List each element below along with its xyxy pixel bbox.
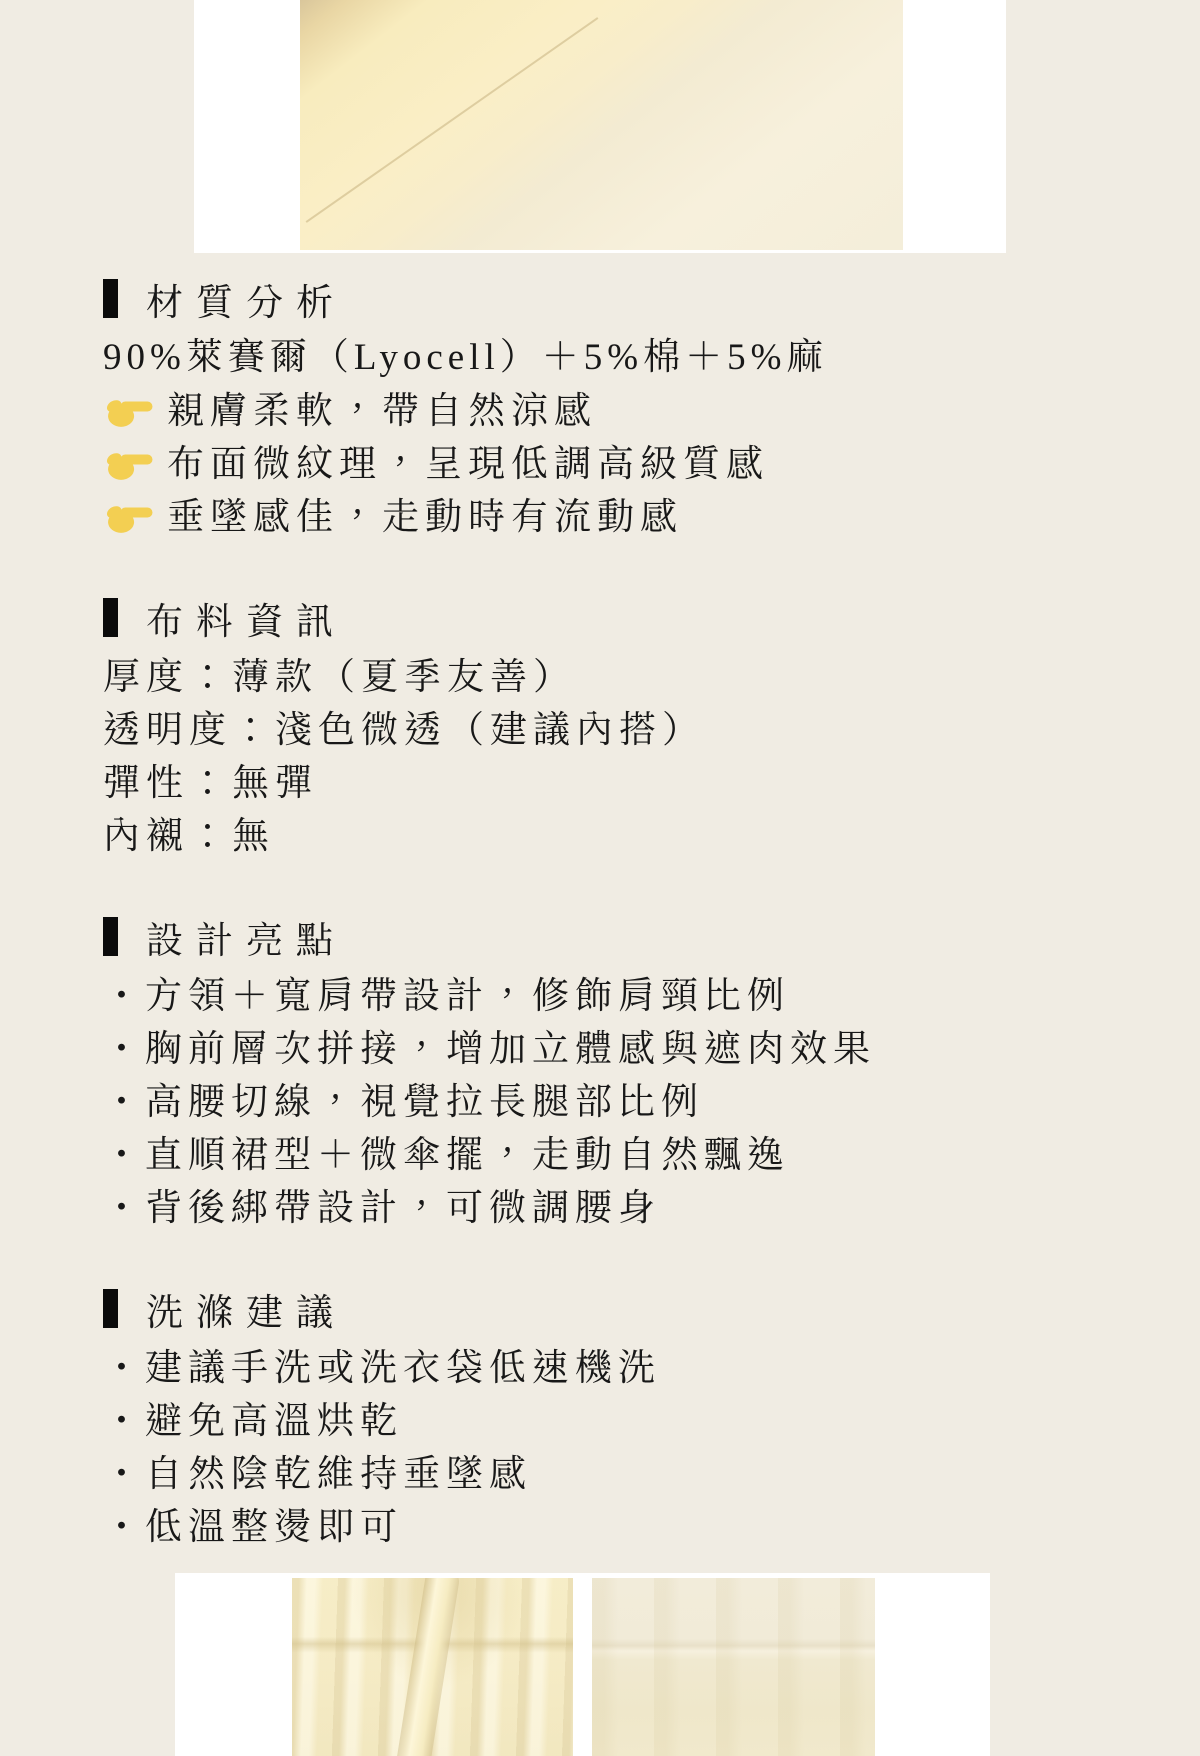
product-description-page: { "page": { "language": "zh-Hant", "back…	[0, 0, 1200, 1756]
spec-line: 厚度：薄款（夏季友善）	[103, 650, 1103, 703]
bottom-photo-card	[175, 1573, 990, 1756]
bullet-dot: ・	[103, 1394, 145, 1447]
care-line: ・ 自然陰乾維持垂墜感	[103, 1447, 1103, 1500]
section-title-text: 材質分析	[146, 272, 346, 326]
spec-text: 厚度：薄款（夏季友善）	[103, 650, 576, 703]
feature-text: 布面微紋理，呈現低調高級質感	[167, 437, 769, 490]
feature-line: 垂墜感佳，走動時有流動感	[103, 490, 1103, 543]
description-text-block: 材質分析 90%萊賽爾（Lyocell）＋5%棉＋5%麻 親膚柔軟，帶自然涼感 …	[103, 272, 1103, 1553]
section-title: 布料資訊	[103, 591, 1103, 644]
section-marker-icon	[103, 598, 118, 637]
section-design-highlights: 設計亮點 ・ 方領＋寬肩帶設計，修飾肩頸比例 ・ 胸前層次拼接，增加立體感與遮肉…	[103, 910, 1103, 1234]
section-marker-icon	[103, 917, 118, 956]
section-title: 洗滌建議	[103, 1282, 1103, 1335]
bullet-dot: ・	[103, 1341, 145, 1394]
care-text: 建議手洗或洗衣袋低速機洗	[145, 1341, 661, 1394]
section-title-text: 洗滌建議	[146, 1282, 346, 1336]
section-material-analysis: 材質分析 90%萊賽爾（Lyocell）＋5%棉＋5%麻 親膚柔軟，帶自然涼感 …	[103, 272, 1103, 543]
section-title: 設計亮點	[103, 910, 1103, 963]
feature-line: 親膚柔軟，帶自然涼感	[103, 384, 1103, 437]
skirt-seam-detail-photo	[592, 1578, 875, 1756]
bullet-dot: ・	[103, 1022, 145, 1075]
composition-line: 90%萊賽爾（Lyocell）＋5%棉＋5%麻	[103, 331, 1103, 384]
section-marker-icon	[103, 279, 118, 318]
section-title-text: 設計亮點	[146, 910, 346, 964]
pointing-right-hand-icon	[105, 393, 154, 430]
section-title-text: 布料資訊	[146, 591, 346, 645]
pointing-right-hand-icon	[105, 446, 154, 483]
pointing-right-hand-icon	[105, 499, 154, 536]
spec-text: 透明度：淺色微透（建議內搭）	[103, 703, 705, 756]
bullet-dot: ・	[103, 1500, 145, 1553]
spec-line: 內襯：無	[103, 809, 1103, 862]
highlight-text: 胸前層次拼接，增加立體感與遮肉效果	[145, 1022, 876, 1075]
highlight-line: ・ 背後綁帶設計，可微調腰身	[103, 1181, 1103, 1234]
bullet-dot: ・	[103, 1075, 145, 1128]
spec-text: 內襯：無	[103, 809, 275, 862]
care-line: ・ 避免高溫烘乾	[103, 1394, 1103, 1447]
feature-line: 布面微紋理，呈現低調高級質感	[103, 437, 1103, 490]
spec-line: 透明度：淺色微透（建議內搭）	[103, 703, 1103, 756]
care-text: 自然陰乾維持垂墜感	[145, 1447, 532, 1500]
section-title: 材質分析	[103, 272, 1103, 325]
highlight-text: 方領＋寬肩帶設計，修飾肩頸比例	[145, 969, 790, 1022]
care-text: 低溫整燙即可	[145, 1500, 403, 1553]
top-photo-card	[194, 0, 1006, 253]
dress-tie-detail-photo	[292, 1578, 573, 1756]
section-marker-icon	[103, 1289, 118, 1328]
highlight-text: 高腰切線，視覺拉長腿部比例	[145, 1075, 704, 1128]
highlight-line: ・ 胸前層次拼接，增加立體感與遮肉效果	[103, 1022, 1103, 1075]
care-line: ・ 低溫整燙即可	[103, 1500, 1103, 1553]
spec-text: 彈性：無彈	[103, 756, 318, 809]
section-fabric-info: 布料資訊 厚度：薄款（夏季友善） 透明度：淺色微透（建議內搭） 彈性：無彈 內襯…	[103, 591, 1103, 862]
fabric-closeup-photo	[300, 0, 903, 250]
feature-text: 垂墜感佳，走動時有流動感	[167, 490, 683, 543]
care-line: ・ 建議手洗或洗衣袋低速機洗	[103, 1341, 1103, 1394]
bullet-dot: ・	[103, 1181, 145, 1234]
spec-line: 彈性：無彈	[103, 756, 1103, 809]
section-care-instructions: 洗滌建議 ・ 建議手洗或洗衣袋低速機洗 ・ 避免高溫烘乾 ・ 自然陰乾維持垂墜感…	[103, 1282, 1103, 1553]
highlight-text: 直順裙型＋微傘擺，走動自然飄逸	[145, 1128, 790, 1181]
bullet-dot: ・	[103, 1128, 145, 1181]
bullet-dot: ・	[103, 969, 145, 1022]
feature-text: 親膚柔軟，帶自然涼感	[167, 384, 597, 437]
care-text: 避免高溫烘乾	[145, 1394, 403, 1447]
highlight-text: 背後綁帶設計，可微調腰身	[145, 1181, 661, 1234]
highlight-line: ・ 直順裙型＋微傘擺，走動自然飄逸	[103, 1128, 1103, 1181]
highlight-line: ・ 方領＋寬肩帶設計，修飾肩頸比例	[103, 969, 1103, 1022]
bullet-dot: ・	[103, 1447, 145, 1500]
composition-text: 90%萊賽爾（Lyocell）＋5%棉＋5%麻	[103, 331, 828, 384]
highlight-line: ・ 高腰切線，視覺拉長腿部比例	[103, 1075, 1103, 1128]
